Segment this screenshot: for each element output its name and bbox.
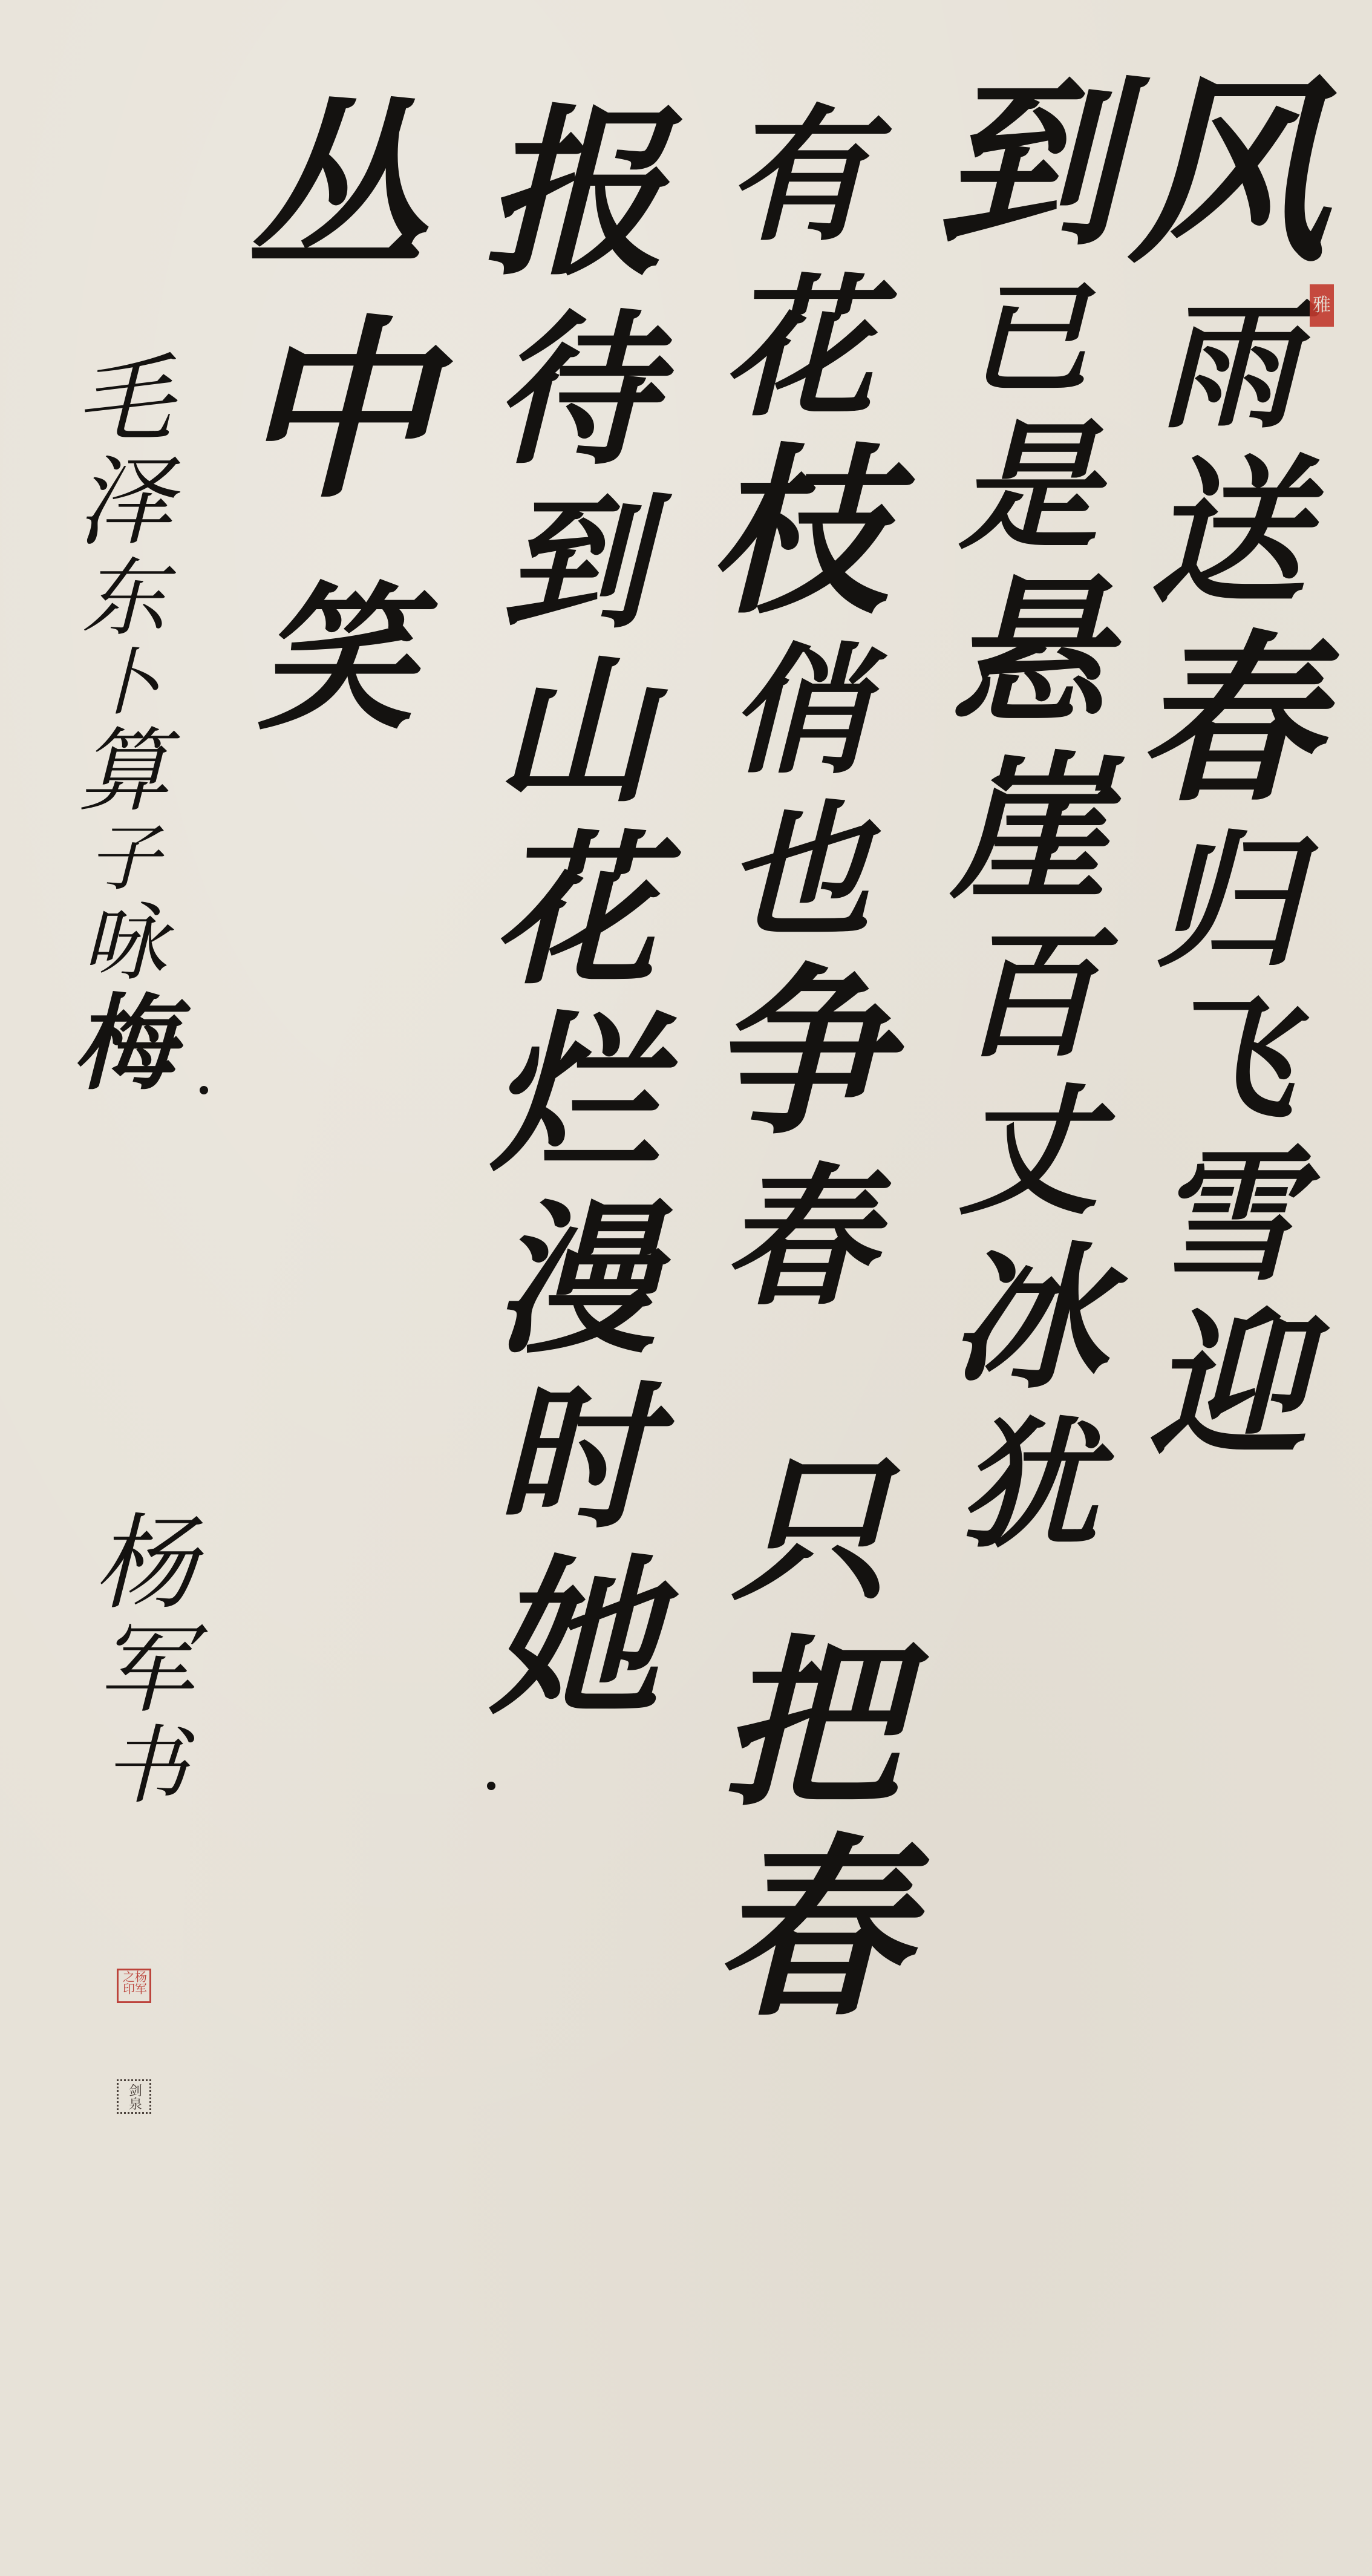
calligraphy-char: 百 [959,926,1098,1065]
calligraphy-char: 悬 [950,575,1107,732]
signature-char: 军 [97,1621,194,1718]
signature-column: 杨 军 书 [67,1512,224,1809]
calligraphy-char: 飞 [1161,992,1295,1125]
calligraphy-column-3: 有 花 枝 俏 也 争 春 [702,103,895,1331]
calligraphy-char: 春 [723,1162,874,1313]
calligraphy-char: 丈 [959,1083,1098,1222]
calligraphy-char: 花 [723,272,874,423]
calligraphy-char: 雪 [1155,1143,1301,1289]
calligraphy-column-2: 到 已 是 悬 崖 百 丈 冰 犹 [938,73,1119,1555]
calligraphy-char: 俏 [729,641,868,780]
calligraphy-char: 报 [484,103,665,284]
inscription-char: 卜 [88,647,160,720]
calligraphy-char: 只 [732,1452,889,1609]
studio-seal: 剑泉 [117,2079,151,2114]
calligraphy-char: 雨 [1158,296,1298,436]
inscription-char: 东 [82,557,166,641]
calligraphy-char: 冰 [950,1240,1107,1398]
calligraphy-char: 春 [1137,629,1319,811]
inscription-char: 子 [88,823,160,895]
calligraphy-char: 送 [1149,454,1307,611]
inscription-char: 咏 [82,901,166,986]
calligraphy-char: 中 [239,315,433,508]
signature-char: 杨 [94,1512,197,1615]
calligraphy-column-1: 风 雨 送 春 归 飞 雪 迎 [1137,73,1319,1464]
calligraphy-char: 到 [502,490,647,635]
calligraphy-char: 把 [720,1633,901,1815]
calligraphy-char: 漫 [493,1198,656,1361]
calligraphy-char: 春 [714,1833,907,2027]
signature-char: 书 [103,1724,188,1809]
inscription-column: 毛 泽 东 卜 算 子 咏 梅 [54,351,194,1095]
calligraphy-char: 已 [968,278,1089,399]
calligraphy-char: 时 [496,1379,653,1537]
calligraphy-char: 笑 [257,581,414,738]
calligraphy-column-5: 报 待 到 山 花 烂 漫 时 她 [472,103,678,1724]
inscription-char: 梅 [73,992,175,1095]
calligraphy-char: 也 [726,799,871,944]
calligraphy-char: 花 [493,829,656,992]
name-seal: 杨军之印 [117,1969,151,2003]
calligraphy-char: 她 [490,1555,659,1724]
ink-dot [200,1086,208,1094]
calligraphy-column-4: 只 把 春 [714,1452,907,2027]
leading-seal: 雅 [1310,284,1334,327]
calligraphy-char: 风 [1128,73,1328,272]
calligraphy-char: 丛 [245,97,426,278]
calligraphy-char: 迎 [1149,1307,1307,1464]
calligraphy-char: 有 [726,103,871,248]
inscription-char: 算 [79,726,169,817]
calligraphy-char: 待 [493,309,656,472]
calligraphy-char: 犹 [959,1416,1098,1555]
calligraphy-char: 烂 [490,1010,659,1180]
ink-dot [487,1782,495,1790]
inscription-char: 泽 [76,454,172,551]
calligraphy-char: 争 [708,962,889,1143]
calligraphy-column-6: 丛 中 笑 [236,97,436,738]
calligraphy-char: 崖 [950,750,1107,907]
calligraphy-char: 归 [1155,829,1301,974]
calligraphy-char: 到 [938,73,1119,254]
inscription-char: 毛 [76,351,172,448]
calligraphy-char: 山 [496,653,653,811]
calligraphy-char: 是 [959,417,1098,557]
calligraphy-char: 枝 [708,442,889,623]
